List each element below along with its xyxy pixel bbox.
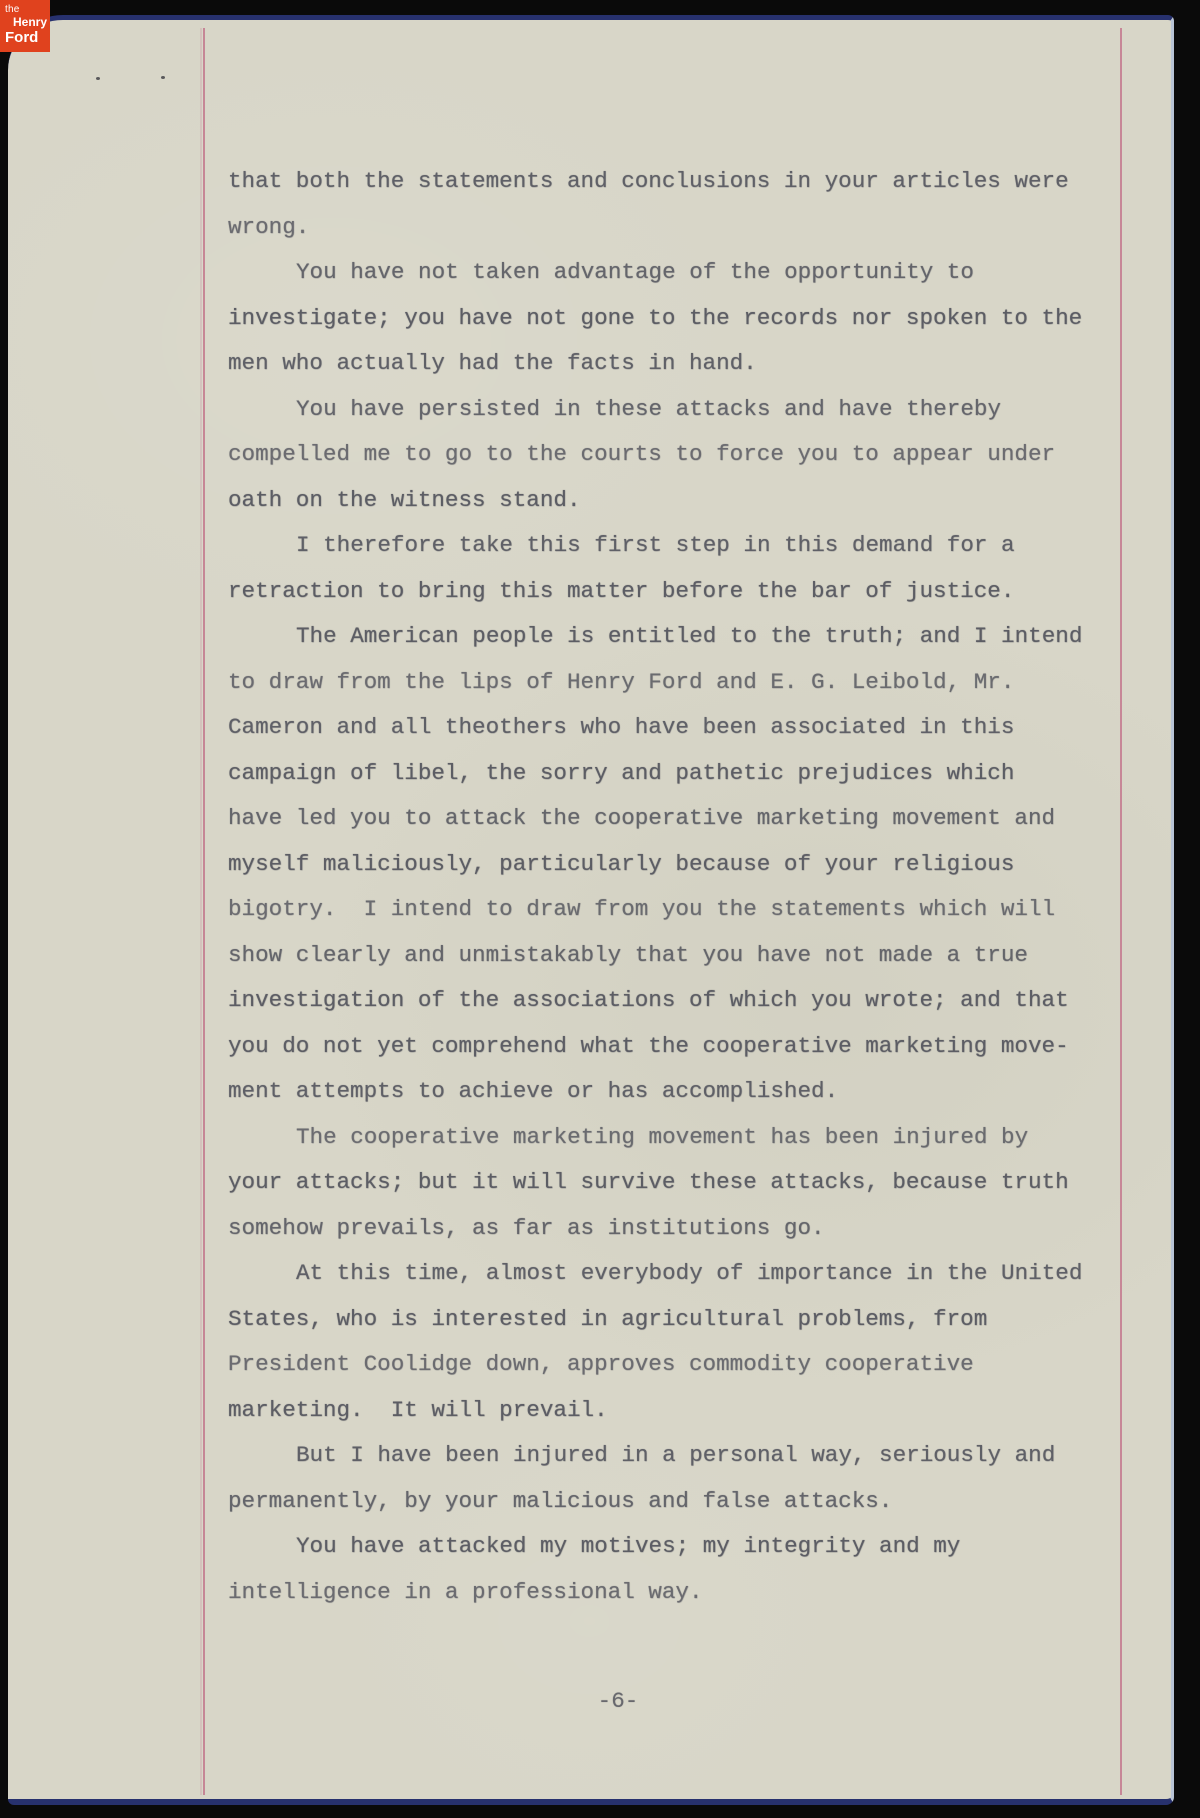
- document-line: At this time, almost everybody of import…: [228, 1251, 1088, 1297]
- document-line: you do not yet comprehend what the coope…: [228, 1024, 1088, 1070]
- document-line: compelled me to go to the courts to forc…: [228, 432, 1088, 478]
- document-line: wrong.: [228, 205, 1088, 251]
- document-line: your attacks; but it will survive these …: [228, 1160, 1088, 1206]
- document-line: marketing. It will prevail.: [228, 1388, 1088, 1434]
- document-line: oath on the witness stand.: [228, 478, 1088, 524]
- document-line: somehow prevails, as far as institutions…: [228, 1206, 1088, 1252]
- document-line: that both the statements and conclusions…: [228, 159, 1088, 205]
- paper-speck: [161, 76, 165, 79]
- document-line: President Coolidge down, approves commod…: [228, 1342, 1088, 1388]
- left-margin-line: [203, 28, 205, 1795]
- document-line: to draw from the lips of Henry Ford and …: [228, 660, 1088, 706]
- document-line: I therefore take this first step in this…: [228, 523, 1088, 569]
- document-line: ment attempts to achieve or has accompli…: [228, 1069, 1088, 1115]
- document-lines: that both the statements and conclusions…: [228, 159, 1088, 1615]
- document-line: myself maliciously, particularly because…: [228, 842, 1088, 888]
- paper-speck: [96, 77, 100, 80]
- document-line: You have persisted in these attacks and …: [228, 387, 1088, 433]
- document-line: show clearly and unmistakably that you h…: [228, 933, 1088, 979]
- document-line: retraction to bring this matter before t…: [228, 569, 1088, 615]
- document-line: Cameron and all theothers who have been …: [228, 705, 1088, 751]
- logo-text-henry: Henry: [13, 15, 47, 29]
- henry-ford-logo: the Henry Ford: [0, 0, 50, 52]
- document-line: men who actually had the facts in hand.: [228, 341, 1088, 387]
- document-line: You have attacked my motives; my integri…: [228, 1524, 1088, 1570]
- document-line: permanently, by your malicious and false…: [228, 1479, 1088, 1525]
- document-line: You have not taken advantage of the oppo…: [228, 250, 1088, 296]
- document-page: that both the statements and conclusions…: [8, 15, 1174, 1805]
- document-line: have led you to attack the cooperative m…: [228, 796, 1088, 842]
- document-line: bigotry. I intend to draw from you the s…: [228, 887, 1088, 933]
- document-line: intelligence in a professional way.: [228, 1570, 1088, 1616]
- document-line: campaign of libel, the sorry and patheti…: [228, 751, 1088, 797]
- logo-text-the: the: [5, 4, 20, 15]
- document-line: States, who is interested in agricultura…: [228, 1297, 1088, 1343]
- right-margin-line: [1120, 28, 1122, 1795]
- page-number: -6-: [228, 1688, 1008, 1714]
- logo-text-ford: Ford: [5, 29, 38, 46]
- document-line: The cooperative marketing movement has b…: [228, 1115, 1088, 1161]
- document-line: investigate; you have not gone to the re…: [228, 296, 1088, 342]
- document-line: investigation of the associations of whi…: [228, 978, 1088, 1024]
- scan-viewport: that both the statements and conclusions…: [0, 0, 1200, 1818]
- document-line: The American people is entitled to the t…: [228, 614, 1088, 660]
- document-line: But I have been injured in a personal wa…: [228, 1433, 1088, 1479]
